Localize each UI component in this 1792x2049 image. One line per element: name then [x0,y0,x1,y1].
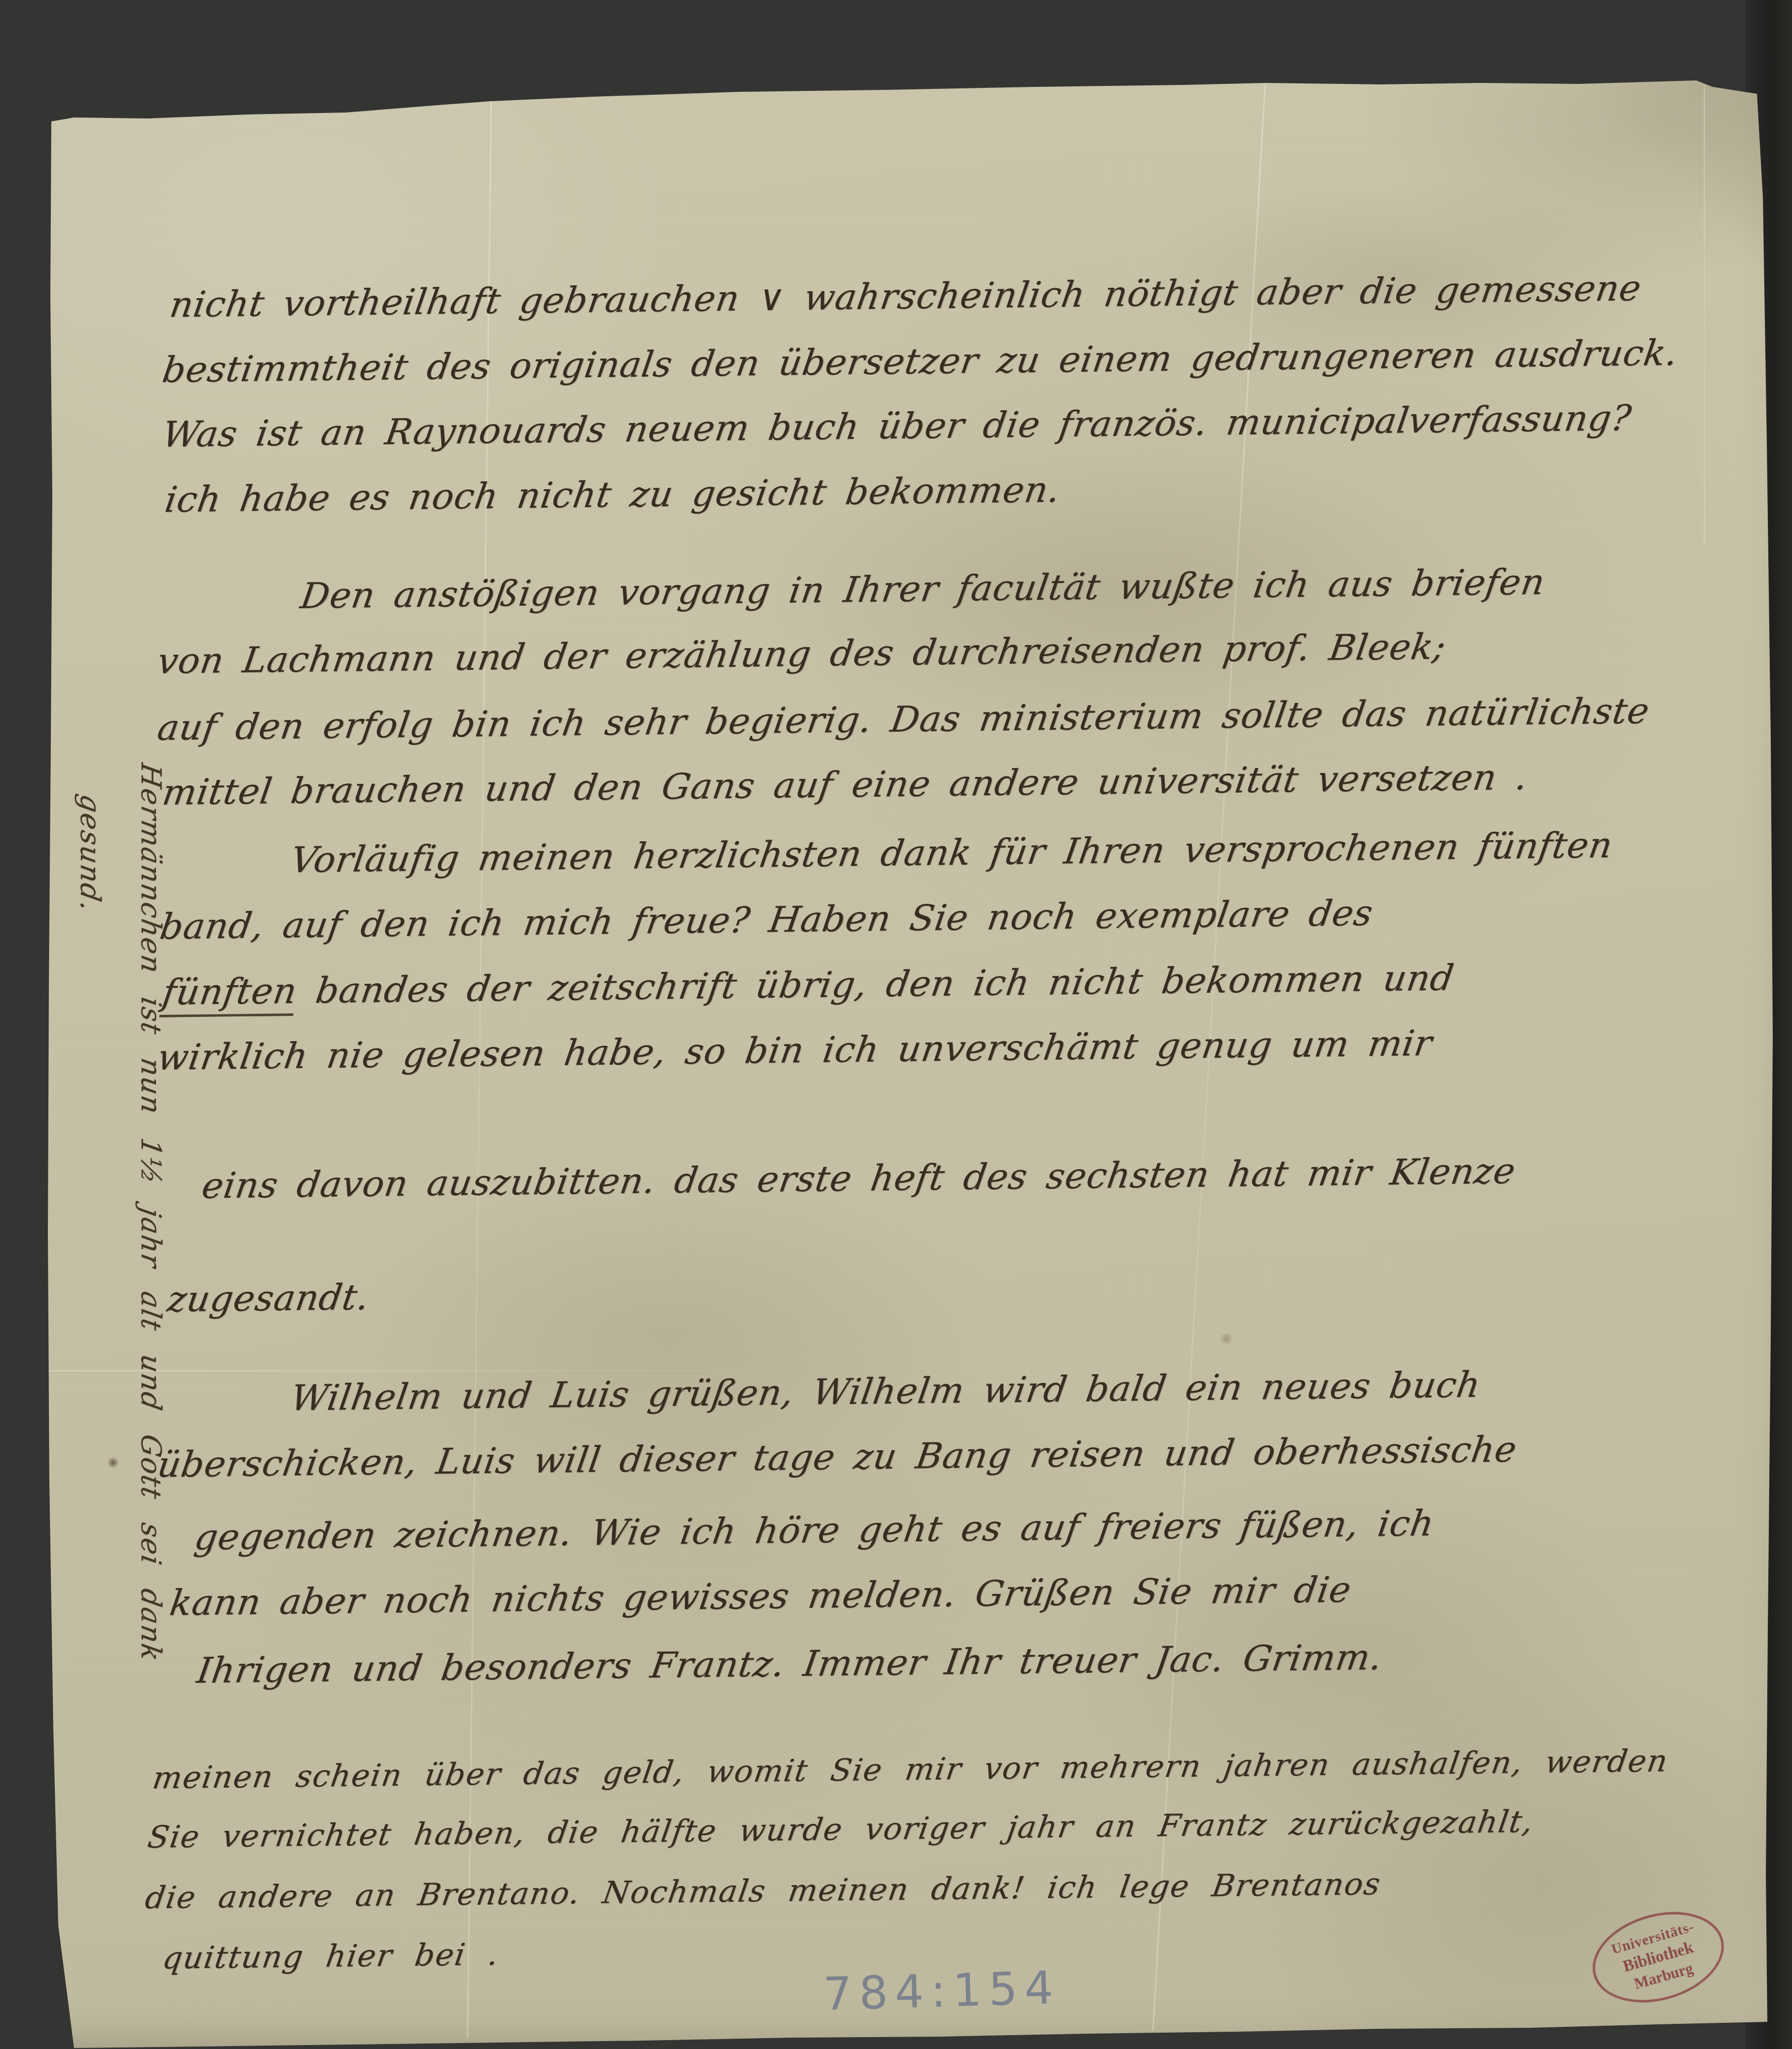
postscript-line: quittung hier bei . [160,1936,502,1976]
ink-spot [1219,1333,1234,1345]
margin-note-line: Hermännchen ist nun 1½ jahr alt und Gott… [135,761,167,1664]
underlined-word: fünften [159,970,300,1017]
letter-line: zugesandt. [165,1276,372,1320]
pencil-shelfmark: 784:154 [823,1961,1061,2020]
ink-spot [107,1457,119,1468]
scanned-letter-page: nicht vortheilhaft gebrauchen ∨ wahrsche… [0,0,1792,2049]
margin-note-line: gesund. [74,792,106,915]
